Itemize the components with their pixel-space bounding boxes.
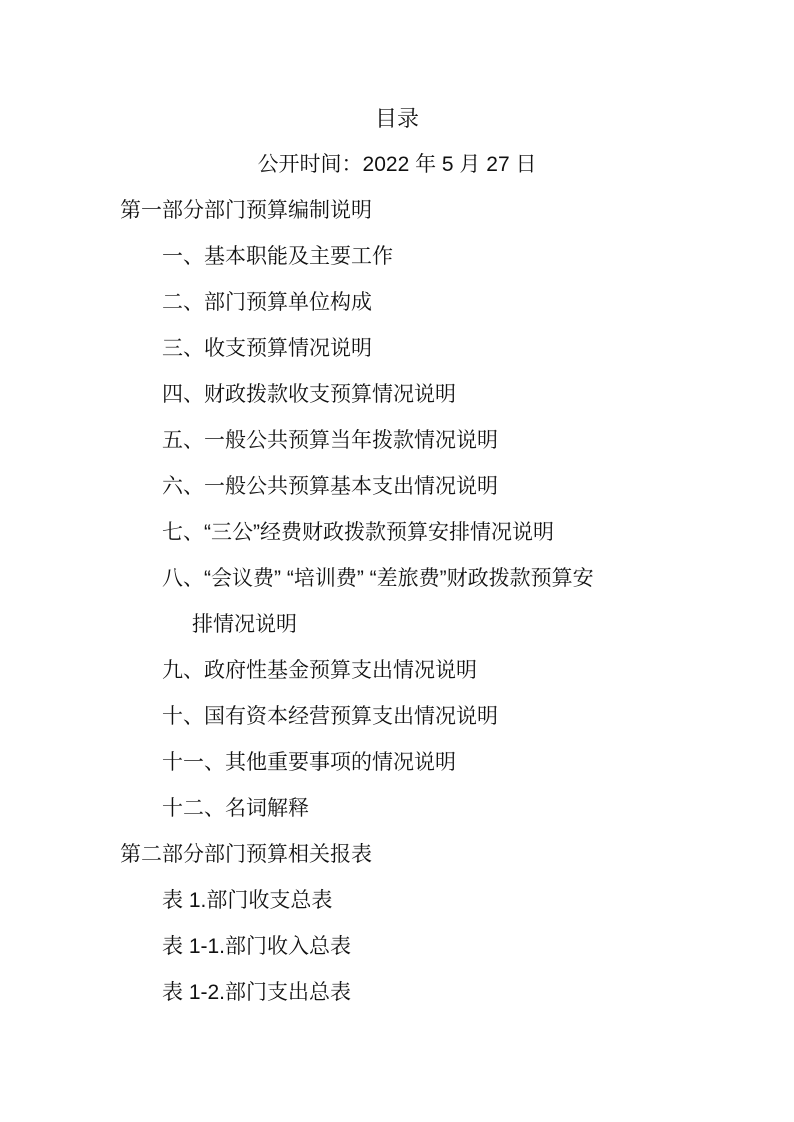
toc-entry-5: 五、一般公共预算当年拨款情况说明 <box>120 418 684 464</box>
document-page: 目录 公开时间：2022 年 5 月 27 日 第一部分部门预算编制说明 一、基… <box>0 0 794 1122</box>
toc-entry-7: 七、“三公”经费财政拨款预算安排情况说明 <box>120 510 684 556</box>
toc-entry-3: 三、收支预算情况说明 <box>120 326 684 372</box>
toc-entry-9: 九、政府性基金预算支出情况说明 <box>120 648 684 694</box>
toc-entry-8-line2: 排情况说明 <box>120 602 684 648</box>
section-heading-part1: 第一部分部门预算编制说明 <box>120 188 684 234</box>
publish-time: 公开时间：2022 年 5 月 27 日 <box>110 142 684 188</box>
toc-entry-1: 一、基本职能及主要工作 <box>120 234 684 280</box>
toc-entry-6: 六、一般公共预算基本支出情况说明 <box>120 464 684 510</box>
toc-entry-10: 十、国有资本经营预算支出情况说明 <box>120 694 684 740</box>
toc-entry-table-1-1: 表 1-1.部门收入总表 <box>120 924 684 970</box>
page-title: 目录 <box>110 96 684 142</box>
toc-entry-8-line1: 八、“会议费” “培训费” “差旅费”财政拨款预算安 <box>120 556 684 602</box>
toc-content: 目录 公开时间：2022 年 5 月 27 日 第一部分部门预算编制说明 一、基… <box>0 0 794 1016</box>
toc-entry-11: 十一、其他重要事项的情况说明 <box>120 740 684 786</box>
section-heading-part2: 第二部分部门预算相关报表 <box>120 832 684 878</box>
toc-entry-table-1: 表 1.部门收支总表 <box>120 878 684 924</box>
toc-entry-table-1-2: 表 1-2.部门支出总表 <box>120 970 684 1016</box>
toc-entry-4: 四、财政拨款收支预算情况说明 <box>120 372 684 418</box>
toc-entry-2: 二、部门预算单位构成 <box>120 280 684 326</box>
toc-entry-12: 十二、名词解释 <box>120 786 684 832</box>
